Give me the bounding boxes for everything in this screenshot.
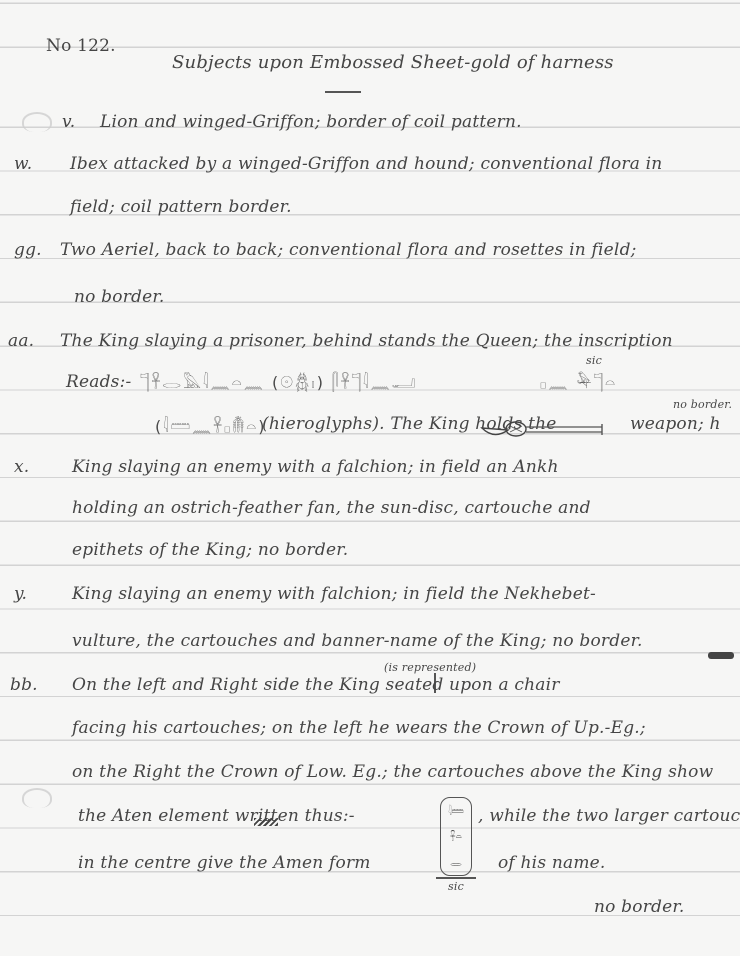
entry-w-line: field; coil pattern border. (70, 197, 292, 217)
entry-y-line: King slaying an enemy with falchion; in … (72, 584, 596, 604)
cartouche-glyph: 𓇋𓏠 (448, 803, 463, 819)
entry-x-line: King slaying an enemy with a falchion; i… (72, 457, 559, 477)
entry-label-v: v. (62, 112, 75, 132)
entry-bb-line: , while the two larger cartouches (478, 806, 740, 826)
entry-bb-line: On the left and Right side the King seat… (72, 675, 560, 695)
hieroglyphic-cartouche: (𓇋𓏠𓈖𓋹𓊪𓄟𓏏) (155, 412, 266, 438)
hieroglyphic-inscription-end: 𓊪𓈖 𓅆𓊹𓏏 (540, 368, 617, 394)
no-border-note: no border. (673, 398, 732, 411)
sic-note: sic (586, 354, 602, 367)
entry-label-x: x. (14, 457, 29, 477)
entry-bb-line: of his name. (498, 853, 606, 873)
cartouche-glyph: 𓂋 (450, 854, 462, 870)
entry-bb-line: in the centre give the Amen form (78, 853, 371, 873)
entry-v-line: Lion and winged-Griffon; border of coil … (100, 112, 522, 132)
entry-bb-line: on the Right the Crown of Low. Eg.; the … (72, 762, 713, 782)
entry-label-w: w. (14, 154, 32, 174)
entry-gg-line: no border. (74, 287, 164, 307)
insertion-note: (is represented) (384, 661, 476, 674)
entry-y-line: vulture, the cartouches and banner-name … (72, 631, 643, 651)
aten-element-mark (254, 818, 278, 826)
entry-label-bb: bb. (10, 675, 38, 695)
paper-blemish (22, 112, 52, 132)
cartouche-sic-note: sic (448, 880, 464, 893)
entry-bb-line: the Aten element written thus:- (78, 806, 355, 826)
hieroglyphic-inscription: 𓊹𓋹𓂋𓅓𓇋𓈖𓏏𓈖 (𓇳𓆣𓏤) 𓋴𓋹𓊹𓇋𓈖𓂝 (140, 368, 418, 394)
entry-x-line: holding an ostrich-feather fan, the sun-… (72, 498, 591, 518)
entry-aa-line: The King slaying a prisoner, behind stan… (60, 331, 673, 351)
page-number: No 122. (46, 36, 116, 56)
entry-x-line: epithets of the King; no border. (72, 540, 348, 560)
entry-aa-reads: Reads:- (66, 372, 131, 392)
entry-label-gg: gg. (14, 240, 42, 260)
entry-bb-line: facing his cartouches; on the left he we… (72, 718, 646, 738)
mace-icon (478, 420, 608, 442)
entry-w-line: Ibex attacked by a winged-Griffon and ho… (70, 154, 662, 174)
cartouche-base (436, 877, 476, 879)
closing-note: no border. (594, 897, 684, 917)
page-title: Subjects upon Embossed Sheet-gold of har… (172, 52, 614, 73)
entry-label-y: y. (14, 584, 27, 604)
entry-aa-line: weapon; h (630, 414, 721, 434)
entry-gg-line: Two Aeriel, back to back; conventional f… (60, 240, 637, 260)
title-underline (325, 91, 361, 93)
paper-blemish (22, 788, 52, 808)
cartouche-glyph: 𓋹𓏏 (450, 828, 462, 844)
entry-label-aa: aa. (8, 331, 34, 351)
chair-sketch (708, 652, 734, 659)
cartouche-drawing: 𓇋𓏠 𓋹𓏏 𓂋 (440, 797, 472, 876)
